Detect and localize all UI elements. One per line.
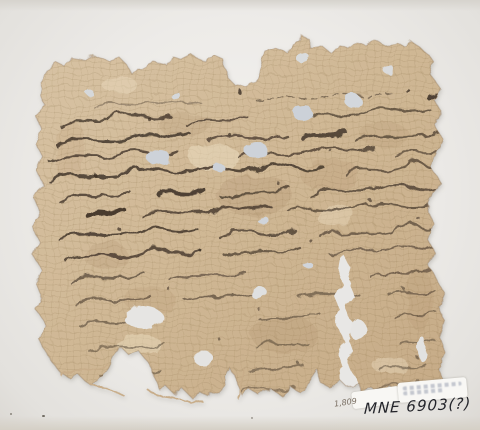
photo-backdrop: 1,809 MNE 6903(?) xyxy=(0,0,480,430)
dust-speck xyxy=(251,417,253,419)
papyrus-fragment xyxy=(0,0,480,430)
dust-speck xyxy=(10,413,12,415)
papyrus-sheet xyxy=(28,20,453,410)
dust-speck xyxy=(42,415,45,417)
